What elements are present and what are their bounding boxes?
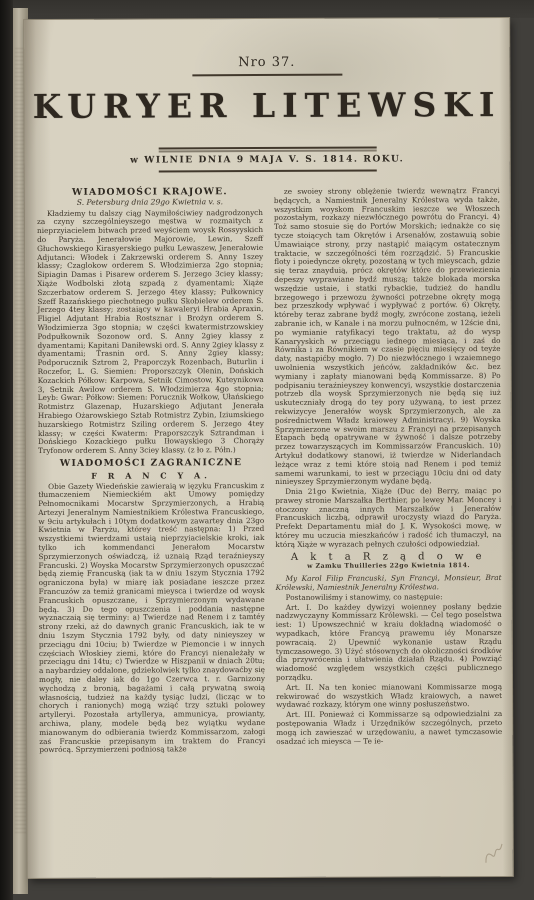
section-heading-foreign: WIADOMOŚCI ZAGRANICZNE	[38, 459, 264, 469]
handwritten-mark	[479, 841, 509, 867]
publication-dateline: w WILNIE DNIA 9 MAJA V. S. 1814. ROKU.	[25, 154, 510, 166]
section-dateline-petersburg: S. Petersburg dnia 29go Kwietnia v. s.	[37, 198, 263, 208]
section-heading-domestic: WIADOMOŚCI KRAJOWE.	[37, 188, 263, 198]
issue-rule	[192, 74, 342, 77]
akta-paragraph-art2: Art. II. Na ten koniec mianowani Kommiss…	[276, 683, 502, 710]
subsection-heading-france: F R A N C Y A.	[38, 471, 264, 481]
body-paragraph-treaty-continued: ze swoiey strony oblężenie twierdz wewną…	[274, 187, 501, 487]
scan-background-band	[0, 0, 534, 18]
column-right: ze swoiey strony oblężenie twierdz wewną…	[274, 187, 502, 754]
scanned-newspaper-screenshot: { "palette": { "paper_color": "#d7d1c0",…	[0, 0, 534, 900]
akta-dateline: w Zamku Thuilleries 22go Kwietnia 1814.	[276, 562, 502, 572]
akta-paragraph-art3: Art. III. Ponieważ ci Kommissarze są odp…	[276, 710, 502, 746]
dateline-top-rule	[158, 147, 376, 150]
akta-paragraph-art1: Art. I. Do każdey dywizyi woienney posła…	[276, 603, 502, 683]
masthead: Nro 37. KURYER LITEWSKI w WILNIE DNIA 9 …	[24, 18, 510, 173]
body-columns: WIADOMOŚCI KRAJOWE. S. Petersburg dnia 2…	[25, 171, 513, 755]
masthead-title: KURYER LITEWSKI	[24, 85, 509, 126]
body-paragraph-france: Obie Gazety Wiedeńskie zawieraią w ięzyk…	[38, 482, 265, 756]
royal-proclamation: My Karol Filip Francuski, Syn Francyi, M…	[276, 574, 502, 593]
newspaper-page: Nro 37. KURYER LITEWSKI w WILNIE DNIA 9 …	[24, 18, 513, 878]
publication-dateline-block: w WILNIE DNIA 9 MAJA V. S. 1814. ROKU.	[25, 146, 510, 173]
column-left: WIADOMOŚCI KRAJOWE. S. Petersburg dnia 2…	[37, 188, 265, 755]
book-spine	[0, 0, 13, 900]
issue-number: Nro 37.	[24, 54, 509, 71]
akta-rzadowe-heading: A k t a R z ą d o w e	[275, 553, 501, 563]
body-paragraph-domestic: Kładziemy tu dalszy ciąg Naymiłościwiey …	[37, 209, 264, 456]
body-paragraph-berry-entry: Dnia 21go Kwietnia, Xiąże (Duc de) Berry…	[275, 487, 501, 550]
